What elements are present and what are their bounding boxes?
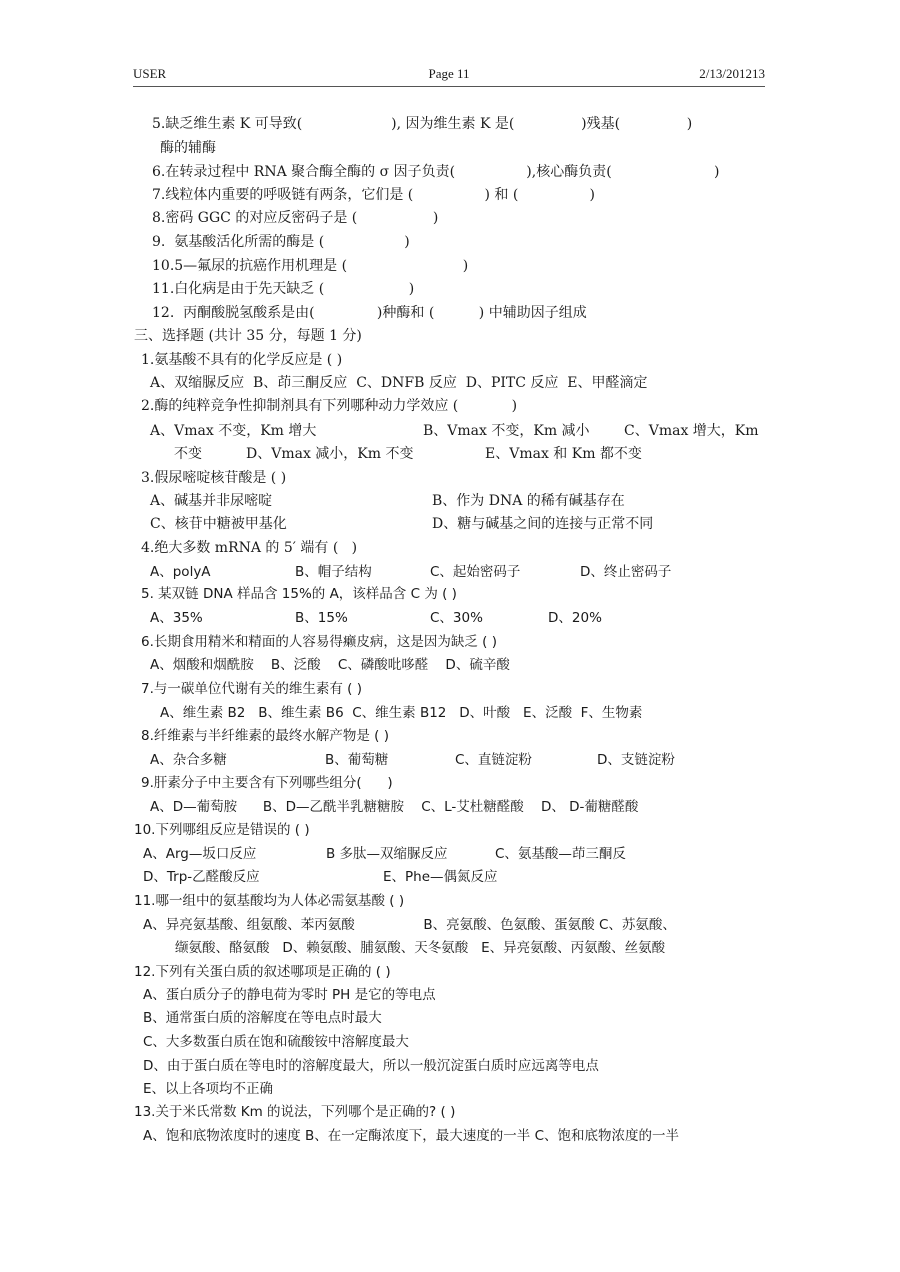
question-2-stem: 2.酶的纯粹竞争性抑制剂具有下列哪种动力学效应 ( ): [141, 397, 517, 415]
question-3-stem: 3.假尿嘧啶核苷酸是 ( ): [141, 469, 286, 487]
question-6-options: A、烟酸和烟酰胺 B、泛酸 C、磷酸吡哆醛 D、硫辛酸: [150, 656, 510, 674]
page-header: USER Page 11 2/13/201213: [133, 66, 765, 87]
fill-question-5-cont: 酶的辅酶: [160, 139, 216, 157]
question-4-option-a: A、polyA: [150, 563, 211, 581]
header-page-number: Page 11: [133, 66, 765, 82]
question-2-option-c-cont: 不变: [174, 445, 202, 463]
question-12-option-a: A、蛋白质分子的静电荷为零时 PH 是它的等电点: [143, 986, 436, 1004]
question-11-options-2: 缬氨酸、酪氨酸 D、赖氨酸、脯氨酸、天冬氨酸 E、异亮氨酸、丙氨酸、丝氨酸: [175, 939, 665, 957]
question-8-option-b: B、葡萄糖: [325, 751, 388, 769]
fill-question-6: 6.在转录过程中 RNA 聚合酶全酶的 σ 因子负责( ),核心酶负责( ): [152, 163, 719, 181]
question-7-options: A、维生素 B2 B、维生素 B6 C、维生素 B12 D、叶酸 E、泛酸 F、…: [160, 704, 642, 722]
question-2-option-e: E、Vmax 和 Km 都不变: [485, 445, 642, 463]
question-2-option-b: B、Vmax 不变，Km 减小: [423, 422, 590, 440]
fill-question-5: 5.缺乏维生素 K 可导致( ), 因为维生素 K 是( )残基( ): [152, 115, 692, 133]
question-8-option-d: D、支链淀粉: [597, 751, 675, 769]
question-10-option-a: A、Arg—坂口反应: [143, 845, 256, 863]
question-3-option-c: C、核苷中糖被甲基化: [150, 515, 287, 533]
question-2-option-a: A、Vmax 不变，Km 增大: [150, 422, 316, 440]
fill-question-11: 11.白化病是由于先天缺乏 ( ): [152, 280, 414, 298]
fill-question-8: 8.密码 GGC 的对应反密码子是 ( ): [152, 209, 438, 227]
question-10-option-b: B 多肽—双缩脲反应: [326, 845, 448, 863]
question-5-option-b: B、15%: [295, 609, 348, 627]
question-8-option-c: C、直链淀粉: [455, 751, 532, 769]
question-4-option-d: D、终止密码子: [580, 563, 671, 581]
question-10-stem: 10.下列哪组反应是错误的 ( ): [134, 821, 310, 839]
question-7-stem: 7.与一碳单位代谢有关的维生素有 ( ): [141, 680, 362, 698]
question-8-stem: 8.纤维素与半纤维素的最终水解产物是 ( ): [141, 727, 389, 745]
question-4-option-b: B、帽子结构: [295, 563, 372, 581]
question-2-option-d: D、Vmax 减小，Km 不变: [246, 445, 414, 463]
question-3-option-b: B、作为 DNA 的稀有碱基存在: [432, 492, 625, 510]
question-13-stem: 13.关于米氏常数 Km 的说法，下列哪个是正确的? ( ): [134, 1103, 455, 1121]
question-12-stem: 12.下列有关蛋白质的叙述哪项是正确的 ( ): [134, 963, 391, 981]
question-3-option-a: A、碱基并非尿嘧啶: [150, 492, 272, 510]
question-4-stem: 4.绝大多数 mRNA 的 5′ 端有 ( ): [141, 539, 357, 557]
question-1-stem: 1.氨基酸不具有的化学反应是 ( ): [141, 351, 342, 369]
fill-question-10: 10.5—氟尿的抗癌作用机理是 ( ): [152, 257, 468, 275]
question-11-stem: 11.哪一组中的氨基酸均为人体必需氨基酸 ( ): [134, 892, 404, 910]
section-title: 三、选择题 (共计 35 分，每题 1 分): [134, 327, 362, 345]
question-6-stem: 6.长期食用精米和精面的人容易得癞皮病，这是因为缺乏 ( ): [141, 633, 497, 651]
question-12-option-e: E、以上各项均不正确: [143, 1080, 273, 1098]
question-10-option-e: E、Phe—偶氮反应: [383, 868, 498, 886]
header-date: 2/13/201213: [699, 66, 765, 82]
question-5-stem: 5. 某双链 DNA 样品含 15%的 A，该样品含 C 为 ( ): [141, 585, 457, 603]
question-5-option-d: D、20%: [548, 609, 602, 627]
question-9-stem: 9.肝素分子中主要含有下列哪些组分( ): [141, 774, 393, 792]
question-3-option-d: D、糖与碱基之间的连接与正常不同: [432, 515, 653, 533]
question-13-options: A、饱和底物浓度时的速度 B、在一定酶浓度下，最大速度的一半 C、饱和底物浓度的…: [143, 1127, 679, 1145]
question-9-options: A、D—葡萄胺 B、D—乙酰半乳糖糖胺 C、L-艾杜糖醛酸 D、 D-葡糖醛酸: [150, 798, 638, 816]
fill-question-7: 7.线粒体内重要的呼吸链有两条，它们是 ( ) 和 ( ): [152, 186, 595, 204]
question-12-option-d: D、由于蛋白质在等电时的溶解度最大，所以一般沉淀蛋白质时应远离等电点: [143, 1057, 599, 1075]
question-10-option-d: D、Trp-乙醛酸反应: [143, 868, 260, 886]
question-12-option-b: B、通常蛋白质的溶解度在等电点时最大: [143, 1009, 382, 1027]
question-12-option-c: C、大多数蛋白质在饱和硫酸铵中溶解度最大: [143, 1033, 409, 1051]
fill-question-9: 9. 氨基酸活化所需的酶是 ( ): [152, 233, 410, 251]
question-4-option-c: C、起始密码子: [430, 563, 520, 581]
question-5-option-c: C、30%: [430, 609, 483, 627]
question-10-option-c: C、氨基酸—茚三酮反: [495, 845, 626, 863]
question-8-option-a: A、杂合多糖: [150, 751, 227, 769]
question-2-option-c: C、Vmax 增大，Km: [624, 422, 759, 440]
question-5-option-a: A、35%: [150, 609, 203, 627]
fill-question-12: 12. 丙酮酸脱氢酸系是由( )种酶和 ( ) 中辅助因子组成: [152, 304, 587, 322]
question-11-options-1: A、异亮氨基酸、组氨酸、苯丙氨酸 B、亮氨酸、色氨酸、蛋氨酸 C、苏氨酸、: [143, 916, 676, 934]
question-1-options: A、双缩脲反应 B、茚三酮反应 C、DNFB 反应 D、PITC 反应 E、甲醛…: [150, 374, 648, 392]
